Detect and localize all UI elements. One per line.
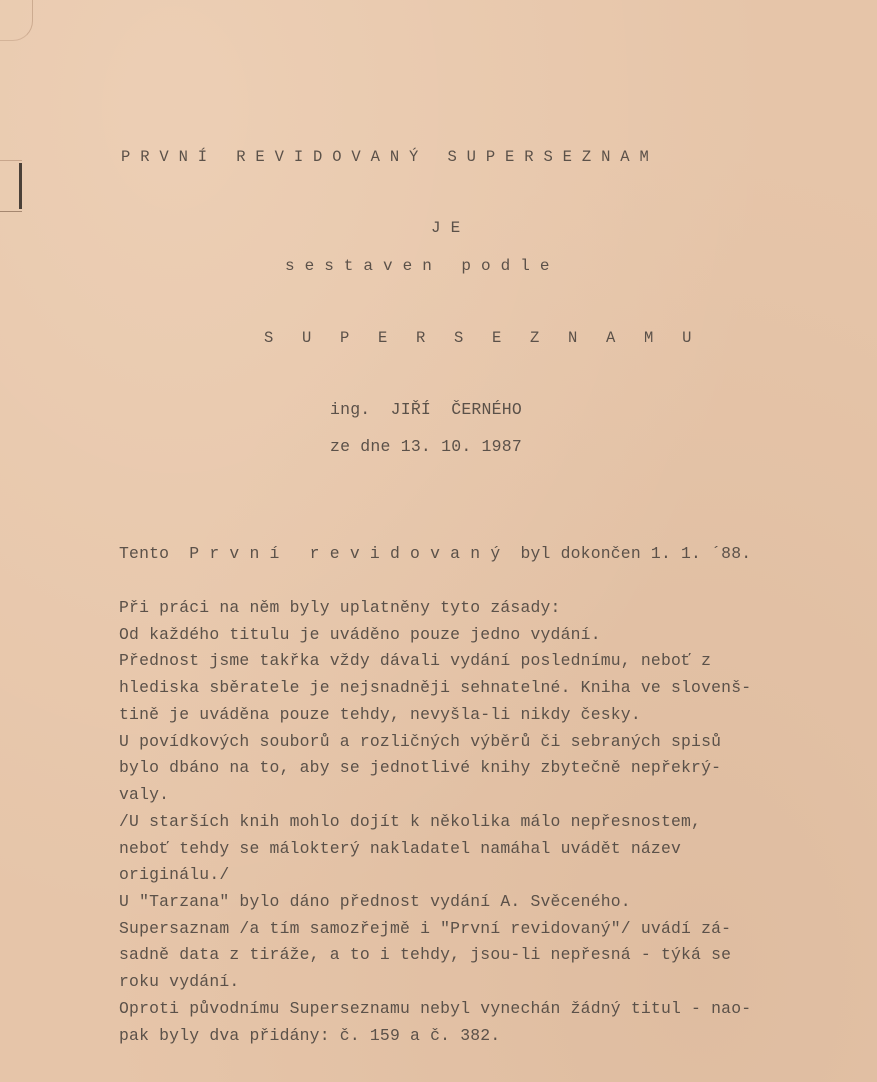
body-line: valy.	[119, 786, 169, 804]
body-line: U "Tarzana" bylo dáno přednost vydání A.…	[119, 893, 631, 911]
body-line: Přednost jsme takřka vždy dávali vydání …	[119, 652, 711, 670]
body-line: Při práci na něm byly uplatněny tyto zás…	[119, 599, 561, 617]
body-line: neboť tehdy se málokterý nakladatel namá…	[119, 840, 681, 858]
body-line: U povídkových souborů a rozličných výběr…	[119, 733, 721, 751]
body-line: Od každého titulu je uváděno pouze jedno…	[119, 626, 601, 644]
body-line: hlediska sběratele je nejsnadněji sehnat…	[119, 679, 751, 697]
staple-mark	[0, 160, 22, 212]
header-author: ing. JIŘÍ ČERNÉHO	[330, 401, 522, 419]
body-line: Supersaznam /a tím samozřejmě i "První r…	[119, 920, 731, 938]
header-je: J E	[431, 219, 460, 237]
body-line: roku vydání.	[119, 973, 239, 991]
completion-line: Tento P r v n í r e v i d o v a n ý byl …	[119, 545, 751, 563]
body-line: originálu./	[119, 866, 229, 884]
header-date: ze dne 13. 10. 1987	[330, 438, 522, 456]
body-line: tině je uváděna pouze tehdy, nevyšla-li …	[119, 706, 641, 724]
body-line: bylo dbáno na to, aby se jednotlivé knih…	[119, 759, 721, 777]
body-line: pak byly dva přidány: č. 159 a č. 382.	[119, 1027, 500, 1045]
body-line: /U starších knih mohlo dojít k několika …	[119, 813, 701, 831]
body-line: sadně data z tiráže, a to i tehdy, jsou-…	[119, 946, 731, 964]
document-title: P R V N Í R E V I D O V A N Ý S U P E R …	[121, 148, 649, 166]
header-superseznamu: S U P E R S E Z N A M U	[264, 329, 692, 347]
header-sestaven-podle: s e s t a v e n p o d l e	[285, 257, 550, 275]
body-line: Oproti původnímu Superseznamu nebyl vyne…	[119, 1000, 751, 1018]
